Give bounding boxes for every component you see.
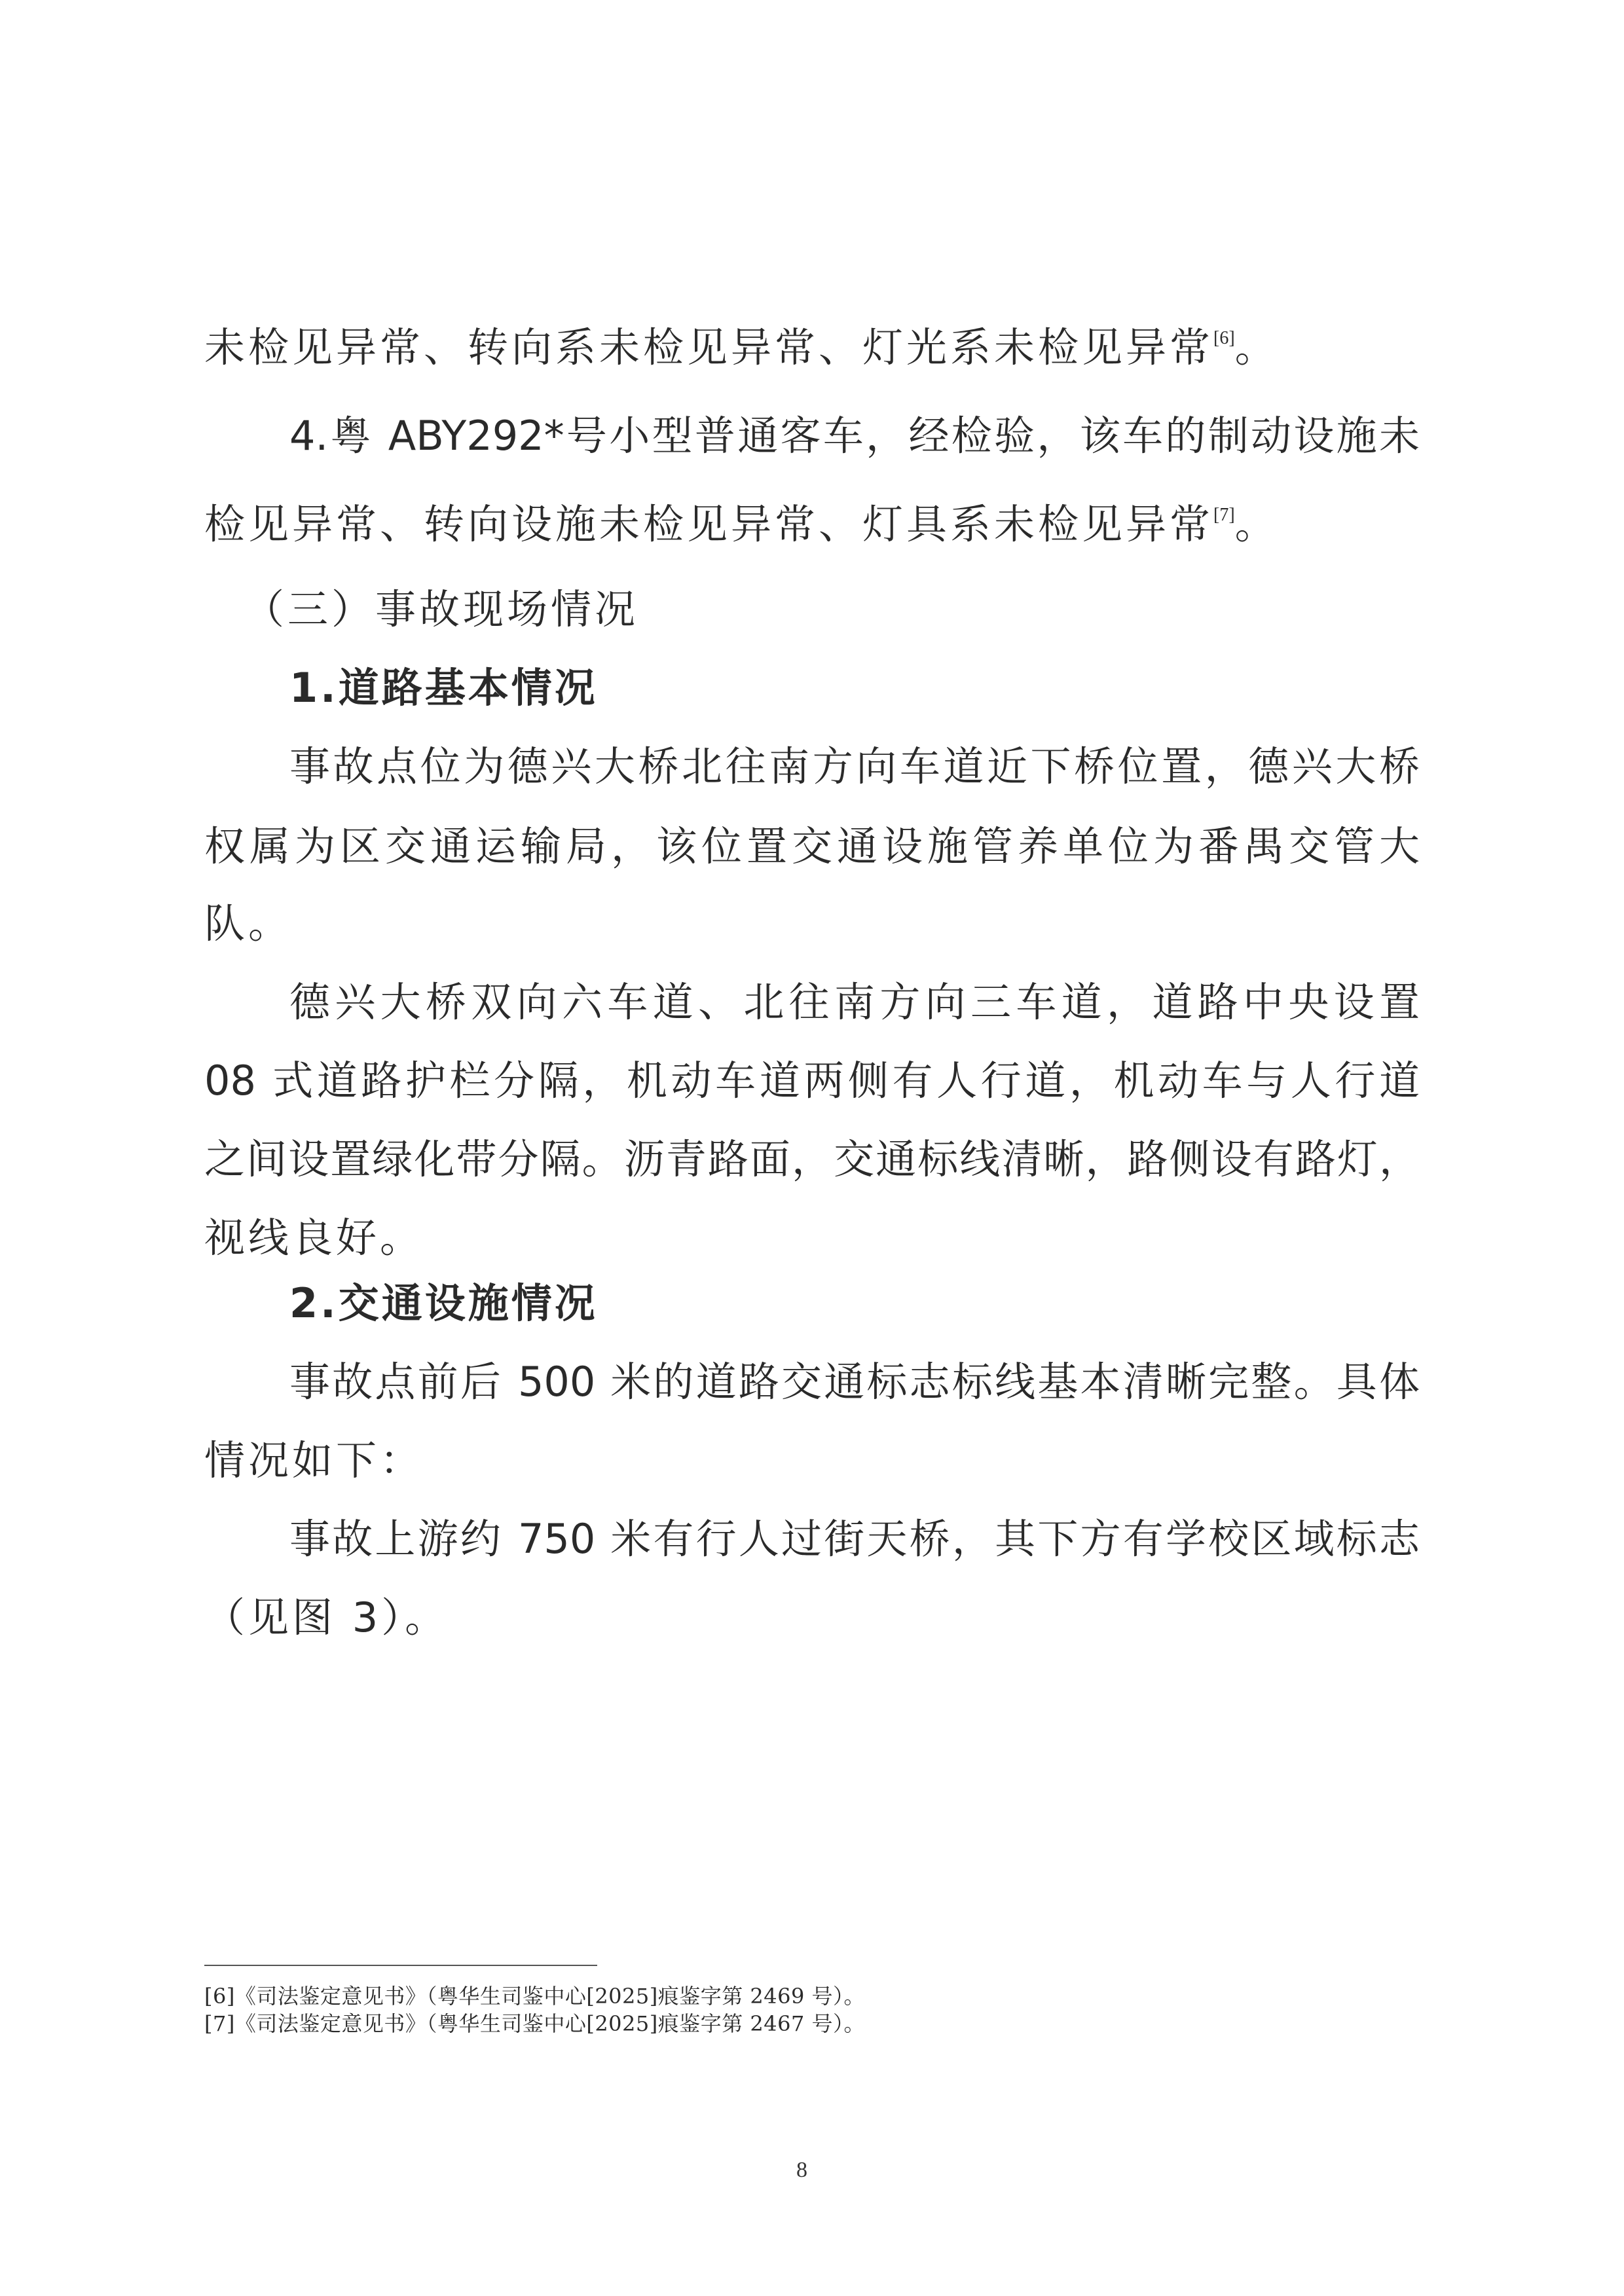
paragraph-line: 视线良好。 — [204, 1218, 424, 1258]
paragraph-line: 之间设置绿化带分隔。沥青路面，交通标线清晰，路侧设有路灯， — [204, 1139, 1420, 1180]
paragraph-line: 事故点位为德兴大桥北往南方向车道近下桥位置，德兴大桥 — [289, 746, 1420, 787]
paragraph-punctuation: 。 — [1235, 323, 1279, 371]
paragraph-continuation: 未检见异常、转向系未检见异常、灯光系未检见异常[6]。 — [204, 327, 1279, 368]
footnote-ref-7[interactable]: [7] — [1213, 505, 1235, 525]
page-number: 8 — [796, 2158, 807, 2183]
paragraph-line: 德兴大桥双向六车道、北往南方向三车道，道路中央设置 — [289, 982, 1420, 1023]
paragraph-line: （见图 3）。 — [204, 1597, 449, 1638]
paragraph-line: 事故上游约 750 米有行人过街天桥，其下方有学校区域标志 — [289, 1519, 1420, 1559]
section-heading: （三）事故现场情况 — [244, 589, 638, 630]
paragraph-item-4-line-1: 4.粤 ABY292*号小型普通客车，经检验，该车的制动设施未 — [289, 416, 1420, 456]
paragraph-line: 队。 — [204, 903, 292, 944]
footnote-divider — [204, 1965, 597, 1966]
paragraph-item-4-line-2: 检见异常、转向设施未检见异常、灯具系未检见异常[7]。 — [204, 504, 1279, 545]
paragraph-line: 事故点前后 500 米的道路交通标志标线基本清晰完整。具体 — [289, 1362, 1420, 1402]
paragraph-line: 情况如下： — [204, 1440, 424, 1481]
paragraph-punctuation: 。 — [1235, 500, 1279, 548]
paragraph-text: 检见异常、转向设施未检见异常、灯具系未检见异常 — [204, 500, 1213, 548]
paragraph-line: 权属为区交通运输局，该位置交通设施管养单位为番禺交管大 — [204, 826, 1420, 867]
paragraph-line: 08 式道路护栏分隔，机动车道两侧有人行道，机动车与人行道 — [204, 1061, 1420, 1101]
footnote-7: [7]《司法鉴定意见书》（粤华生司鉴中心[2025]痕鉴字第 2467 号）。 — [204, 2013, 865, 2035]
footnote-6: [6]《司法鉴定意见书》（粤华生司鉴中心[2025]痕鉴字第 2469 号）。 — [204, 1985, 865, 2007]
footnote-ref-6[interactable]: [6] — [1213, 328, 1235, 348]
paragraph-text: 未检见异常、转向系未检见异常、灯光系未检见异常 — [204, 323, 1213, 371]
subsection-heading-facilities: 2.交通设施情况 — [289, 1283, 598, 1324]
subsection-heading-road: 1.道路基本情况 — [289, 668, 598, 708]
